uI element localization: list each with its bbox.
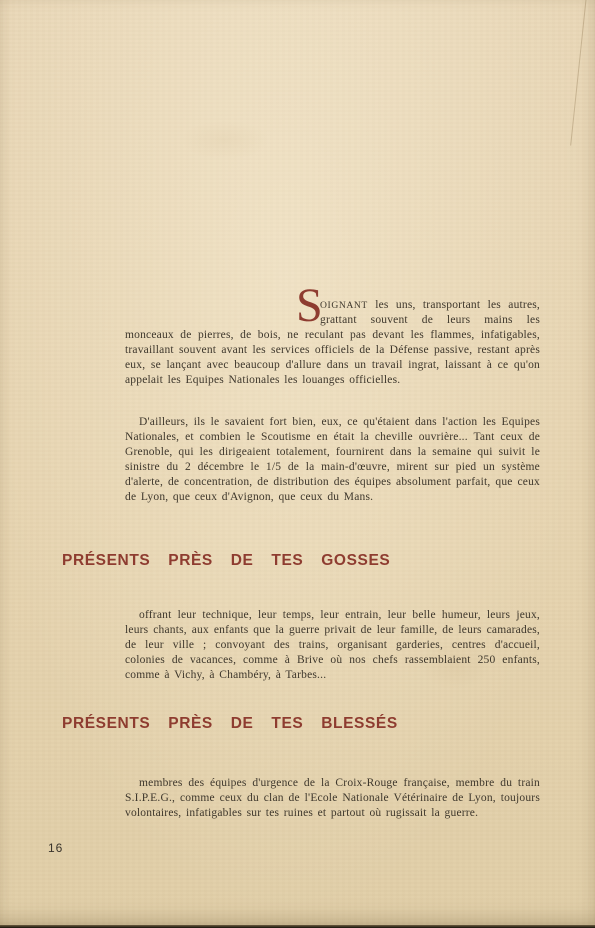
- paragraph-offrant: offrant leur technique, leur temps, leur…: [125, 608, 540, 683]
- page-number: 16: [48, 841, 63, 855]
- paragraph-dailleurs: D'ailleurs, ils le savaient fort bien, e…: [125, 415, 540, 505]
- scanned-book-page: S OIGNANT les uns, transportant les autr…: [0, 0, 595, 928]
- smallcaps-word: OIGNANT: [320, 300, 368, 311]
- dropcap-letter-s: S: [296, 284, 323, 328]
- section-heading-blesses: PRÉSENTS PRÈS DE TES BLESSÉS: [62, 715, 398, 733]
- paragraph-soignant: S OIGNANT les uns, transportant les autr…: [125, 298, 540, 388]
- section-heading-gosses: PRÉSENTS PRÈS DE TES GOSSES: [62, 552, 390, 570]
- paper-texture: [180, 120, 270, 160]
- paragraph-membres: membres des équipes d'urgence de la Croi…: [125, 776, 540, 821]
- paper-crease: [570, 0, 587, 146]
- dropcap-indent-spacer: [125, 298, 320, 328]
